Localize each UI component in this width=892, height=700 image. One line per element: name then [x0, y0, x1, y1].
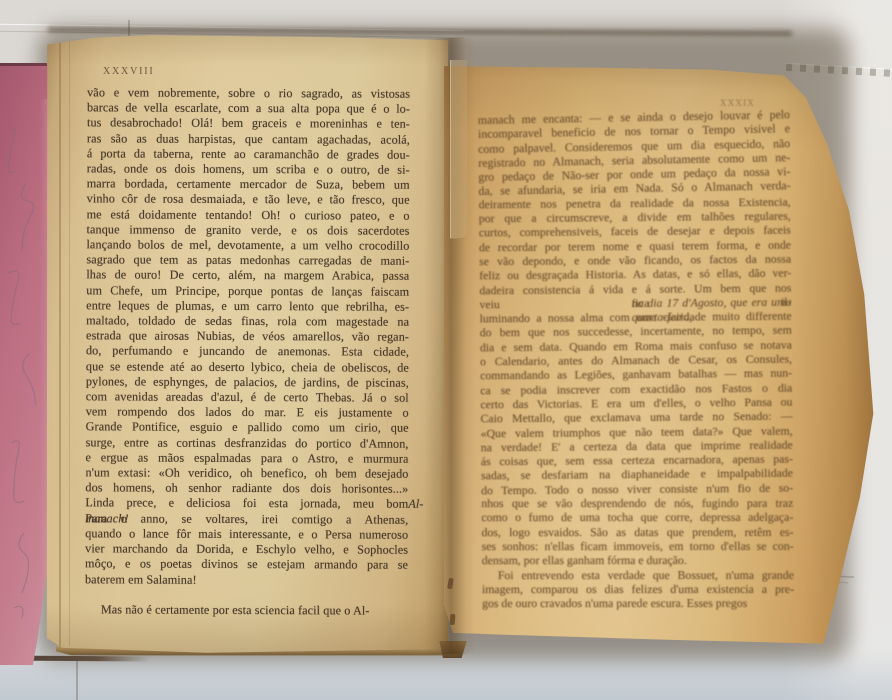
text-line: com avenidas areadas d'azul, é de certo … — [86, 389, 409, 406]
text-line: tus desabrochado! Olá! bem graceis e mor… — [87, 116, 410, 133]
binding-stitch — [450, 614, 456, 625]
text-line: maltado, toldado de sedas finas, rola co… — [86, 313, 409, 330]
text-line: estrada que airosas Nubias, de véos amar… — [86, 329, 409, 346]
page-fore-edge-line — [69, 38, 70, 646]
text-line: imagem, comparou os dias felizes d'uma e… — [482, 582, 794, 597]
text-line: Mas não é certamente por esta sciencia f… — [85, 602, 408, 619]
text-line: Grande Pontifice, esguio e pallido como … — [86, 420, 409, 437]
cloth-fold — [76, 659, 78, 700]
text-line: ses sonhos: n'ellas ficam immoveis, em t… — [482, 539, 794, 554]
text-line: e ergue as mãos espalmadas para o Astro,… — [86, 450, 409, 467]
text-line: lhas de ouro! De certo, além, na margem … — [86, 268, 409, 285]
text-line: pylones, de esphynges, de palacios, de j… — [86, 374, 409, 391]
text-line: vem rompendo dos lados do mar. E eis jus… — [86, 405, 409, 422]
text-line: como o fumo de uma tocha que corre, depr… — [481, 510, 793, 525]
text-line: á porta da taberna, rente ao caramanchão… — [87, 146, 410, 163]
text-line: vier marchando da Dorida, e Eschylo velh… — [85, 541, 408, 558]
text-line: manach! Para o anno, se voltares, irei c… — [85, 511, 408, 528]
text-line: nhos que se vão desprendendo de nós, fug… — [481, 496, 793, 511]
text-line: baterem em Salamina! — [85, 572, 408, 589]
text-line: dos homens, oh senhor radiante dos dois … — [85, 481, 408, 498]
photo-scene: XXXVIII vão e vem nobremente, sobre o ri… — [0, 0, 892, 700]
text-line: môço, e os poetas divinos se estejam arm… — [85, 557, 408, 574]
text-line: entre leques de plumas, e um carro lento… — [86, 298, 409, 315]
text-line: dos, logo esvaidos. São as datas que pre… — [481, 524, 793, 539]
text-line: vão e vem nobremente, sobre o rio sagrad… — [87, 85, 410, 102]
text-line: do Tempo. Todo o nosso viver consiste n'… — [481, 480, 793, 497]
text-line: do, perfumando e juncando de anemonas. E… — [86, 344, 409, 361]
text-line: ras são as duas harpistas, que cantam ag… — [87, 131, 410, 148]
text-line: que se estende até ao deserto lybico, ch… — [86, 359, 409, 376]
text-line: barcas de vella escarlate, com a sua alt… — [87, 101, 410, 118]
text-line: marra bordada, certamente mercador de Su… — [87, 177, 410, 194]
text-line: lançando bolos de mel, devotamente, a um… — [86, 237, 409, 254]
signature-fold-edge — [450, 60, 467, 239]
text-line: quando o lance fôr mais interessante, e … — [85, 526, 408, 543]
text-line — [85, 587, 408, 603]
right-page-text: manach me encanta: — e se ainda o desejo… — [478, 109, 794, 612]
text-line: me está doidamente tentando! Oh! o curio… — [87, 207, 410, 224]
text-line: gos de ouro cravados n'uma parede escura… — [482, 596, 794, 611]
page-fore-edge-line — [59, 40, 61, 648]
text-line: veiu no dia 17 d'Agosto, que era uma qua… — [479, 295, 791, 312]
text-line: tanque immenso de granito verde, e os do… — [86, 222, 409, 239]
text-line: surge, entre as cortinas desfranzidas do… — [86, 435, 409, 452]
right-page-number: XXXIX — [720, 98, 755, 108]
left-page: XXXVIII vão e vem nobremente, sobre o ri… — [46, 34, 448, 654]
right-page: XXXIX manach me encanta: — e se ainda o … — [444, 56, 875, 652]
text-line: densam, por ellas ganham fórma e duração… — [482, 553, 794, 568]
text-line: n'um extasi: «Oh veridico, oh benefico, … — [85, 465, 408, 482]
text-line: um Chefe, um Principe, porque pontas de … — [86, 283, 409, 300]
left-page-number: XXXVIII — [103, 66, 154, 77]
text-line: radas, onde os dois homens, um scriba e … — [87, 161, 410, 178]
text-line: vinho côr de rosa desmaiada, e tão leve,… — [87, 192, 410, 209]
left-page-text: vão e vem nobremente, sobre o rio sagrad… — [85, 85, 410, 618]
text-line: sagrado que tem as patas medonhas carreg… — [86, 253, 409, 270]
text-line: Linda prece, e deliciosa foi esta jornad… — [85, 496, 408, 513]
text-line: Foi entrevendo esta verdade que Bossuet,… — [482, 567, 794, 582]
